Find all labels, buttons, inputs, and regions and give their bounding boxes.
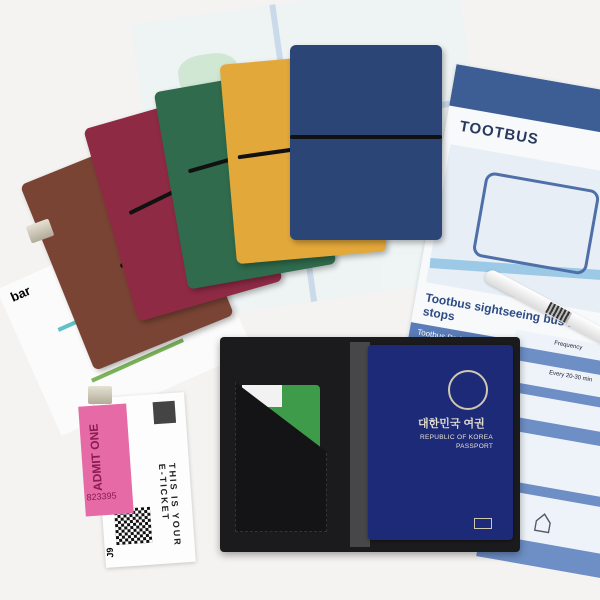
elastic-strap: [290, 135, 442, 139]
ticket-logo: [153, 401, 176, 424]
korean-passport: 대한민국 여권 REPUBLIC OF KOREA PASSPORT: [368, 345, 513, 540]
seat-label: J9: [105, 547, 116, 558]
eticket-label: THIS IS YOUR E-TICKET: [157, 463, 184, 564]
biometric-chip-icon: [474, 518, 492, 529]
national-emblem-icon: [448, 370, 488, 410]
binder-clip: [88, 386, 112, 404]
bus-route: [471, 171, 600, 276]
admit-label: ADMIT ONE: [87, 423, 105, 491]
metro-map-label: bar: [8, 283, 33, 305]
ticket-number: 823395: [86, 490, 117, 502]
admit-one-ticket: ADMIT ONE 823395: [78, 403, 134, 516]
wallet-navy: [290, 45, 442, 240]
passport-title-line1: REPUBLIC OF KOREA: [420, 434, 493, 441]
eiffel-tower-icon: ⌂: [530, 501, 557, 543]
wallet-inner-spine: [350, 342, 370, 547]
passport-title-korean: 대한민국 여권: [418, 415, 485, 431]
passport-title-line2: PASSPORT: [456, 443, 493, 450]
schedule-header: Frequency: [554, 340, 583, 351]
brochure-logo: TOOTBUS: [458, 118, 540, 149]
